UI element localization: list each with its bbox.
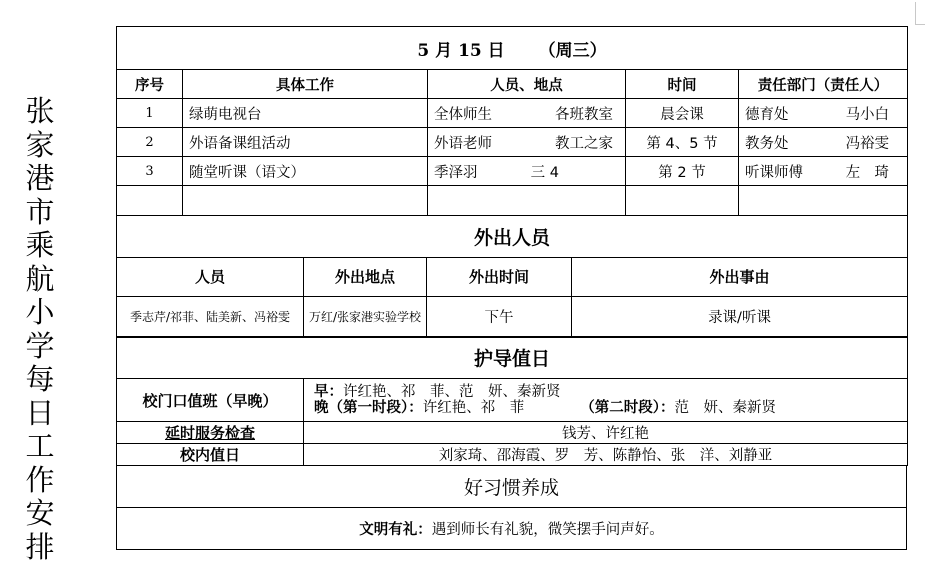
gate-morning-key: 早： [314,384,343,400]
outing-time: 下午 [427,296,572,337]
table-row: 3 随堂听课（语文） 季泽羽三 4 第 2 节 听课师傅左 琦 [117,157,908,186]
row-dept: 德育处 [745,103,789,124]
row-time: 第 2 节 [626,157,739,186]
row-people: 全体师生 [434,103,492,124]
row-people-place: 季泽羽三 4 [428,157,626,186]
row-time: 晨会课 [626,99,739,128]
gate-evening2-key: （第二时段）： [580,400,674,416]
outing-header-time: 外出时间 [427,257,572,296]
outing-section-title: 外出人员 [117,215,908,257]
empty-cell [428,186,626,216]
header-task: 具体工作 [183,70,428,99]
habit-key: 文明有礼： [359,522,432,538]
title-char: 家 [22,129,58,163]
outing-header-reason: 外出事由 [572,257,908,296]
title-char: 安 [22,497,58,531]
gate-morning: 早：许红艳、祁 菲、范 妍、秦新贤 [310,384,901,400]
row-no: 3 [117,157,183,186]
row-owner: 冯裕雯 [846,132,890,153]
row-dept-owner: 德育处马小白 [739,99,908,128]
date-row: 5 月 15 日（周三） [117,27,908,70]
outing-row: 季志芹/祁菲、陆美新、冯裕雯 万红/张家港实验学校 下午 录课/听课 [117,296,908,337]
gate-morning-names: 许红艳、祁 菲、范 妍、秦新贤 [343,384,561,400]
outing-header: 人员 外出地点 外出时间 外出事由 [117,257,908,296]
title-char: 张 [22,95,58,129]
header-time: 时间 [626,70,739,99]
outing-header-people: 人员 [117,257,304,296]
title-char: 学 [22,330,58,364]
gate-duty-value: 早：许红艳、祁 菲、范 妍、秦新贤 晚（第一时段）：许红艳、祁 菲（第二时段）：… [304,379,908,422]
habit-section-title: 好习惯养成 [117,465,907,507]
page-corner-mark [915,2,925,25]
empty-cell [183,186,428,216]
title-char: 排 [22,531,58,565]
row-task: 外语备课组活动 [183,128,428,157]
row-task: 绿萌电视台 [183,99,428,128]
outing-section-title-row: 外出人员 [117,215,908,257]
work-table: 5 月 15 日（周三） 序号 具体工作 人员、地点 时间 责任部门（责任人） … [116,26,908,216]
gate-evening: 晚（第一时段）：许红艳、祁 菲（第二时段）：范 妍、秦新贤 [310,400,901,416]
outing-table: 外出人员 人员 外出地点 外出时间 外出事由 季志芹/祁菲、陆美新、冯裕雯 万红… [116,215,908,338]
row-dept: 听课师傅 [745,161,803,182]
outing-people: 季志芹/祁菲、陆美新、冯裕雯 [117,296,304,337]
document-title-vertical: 张 家 港 市 乘 航 小 学 每 日 工 作 安 排 [22,95,58,564]
campus-duty-row: 校内值日 刘家琦、邵海霞、罗 芳、陈静怡、张 洋、刘静亚 [117,444,908,466]
afterschool-label: 延时服务检查 [117,422,304,444]
campus-duty-label: 校内值日 [117,444,304,466]
row-task: 随堂听课（语文） [183,157,428,186]
row-people-place: 外语老师教工之家 [428,128,626,157]
empty-cell [739,186,908,216]
title-char: 作 [22,464,58,498]
row-owner: 左 琦 [846,161,890,182]
habit-text: 遇到师长有礼貌，微笑摆手问声好。 [432,522,664,538]
title-char: 乘 [22,229,58,263]
header-dept: 责任部门（责任人） [739,70,908,99]
title-char: 小 [22,296,58,330]
gate-evening2-names: 范 妍、秦新贤 [675,400,777,416]
header-no: 序号 [117,70,183,99]
duty-section-title: 护导值日 [117,337,908,379]
row-dept: 教务处 [745,132,789,153]
outing-place: 万红/张家港实验学校 [304,296,427,337]
duty-table: 护导值日 校门口值班（早晚） 早：许红艳、祁 菲、范 妍、秦新贤 晚（第一时段）… [116,336,908,466]
title-char: 日 [22,397,58,431]
duty-section-title-row: 护导值日 [117,337,908,379]
habit-section-title-row: 好习惯养成 [117,465,907,507]
afterschool-row: 延时服务检查 钱芳、许红艳 [117,422,908,444]
table-row-empty [117,186,908,216]
habit-table: 好习惯养成 文明有礼：遇到师长有礼貌，微笑摆手问声好。 [116,465,907,550]
title-char: 每 [22,363,58,397]
afterschool-value: 钱芳、许红艳 [304,422,908,444]
gate-evening1-key: 晚（第一时段）： [314,400,423,416]
habit-content: 文明有礼：遇到师长有礼貌，微笑摆手问声好。 [117,507,907,549]
date-weekday: （周三） [539,41,607,61]
outing-header-place: 外出地点 [304,257,427,296]
title-char: 市 [22,196,58,230]
campus-duty-value: 刘家琦、邵海霞、罗 芳、陈静怡、张 洋、刘静亚 [304,444,908,466]
table-row: 1 绿萌电视台 全体师生各班教室 晨会课 德育处马小白 [117,99,908,128]
row-place: 教工之家 [555,132,613,153]
row-people-place: 全体师生各班教室 [428,99,626,128]
title-char: 航 [22,263,58,297]
title-char: 港 [22,162,58,196]
table-row: 2 外语备课组活动 外语老师教工之家 第 4、5 节 教务处冯裕雯 [117,128,908,157]
empty-cell [117,186,183,216]
row-time: 第 4、5 节 [626,128,739,157]
row-dept-owner: 听课师傅左 琦 [739,157,908,186]
row-people: 季泽羽 [434,161,478,182]
date-cell: 5 月 15 日（周三） [117,27,908,70]
schedule-sheet: 5 月 15 日（周三） 序号 具体工作 人员、地点 时间 责任部门（责任人） … [116,26,907,550]
row-dept-owner: 教务处冯裕雯 [739,128,908,157]
date-day: 5 月 15 日 [417,41,504,61]
gate-duty-label: 校门口值班（早晚） [117,379,304,422]
outing-reason: 录课/听课 [572,296,908,337]
row-owner: 马小白 [846,103,890,124]
empty-cell [626,186,739,216]
title-char: 工 [22,430,58,464]
habit-row: 文明有礼：遇到师长有礼貌，微笑摆手问声好。 [117,507,907,549]
row-place: 三 4 [531,161,559,182]
row-people: 外语老师 [434,132,492,153]
work-table-header: 序号 具体工作 人员、地点 时间 责任部门（责任人） [117,70,908,99]
header-people-place: 人员、地点 [428,70,626,99]
gate-duty-row: 校门口值班（早晚） 早：许红艳、祁 菲、范 妍、秦新贤 晚（第一时段）：许红艳、… [117,379,908,422]
afterschool-label-text: 延时服务检查 [165,424,255,442]
row-place: 各班教室 [555,103,613,124]
gate-evening1-names: 许红艳、祁 菲 [423,400,525,416]
row-no: 2 [117,128,183,157]
row-no: 1 [117,99,183,128]
